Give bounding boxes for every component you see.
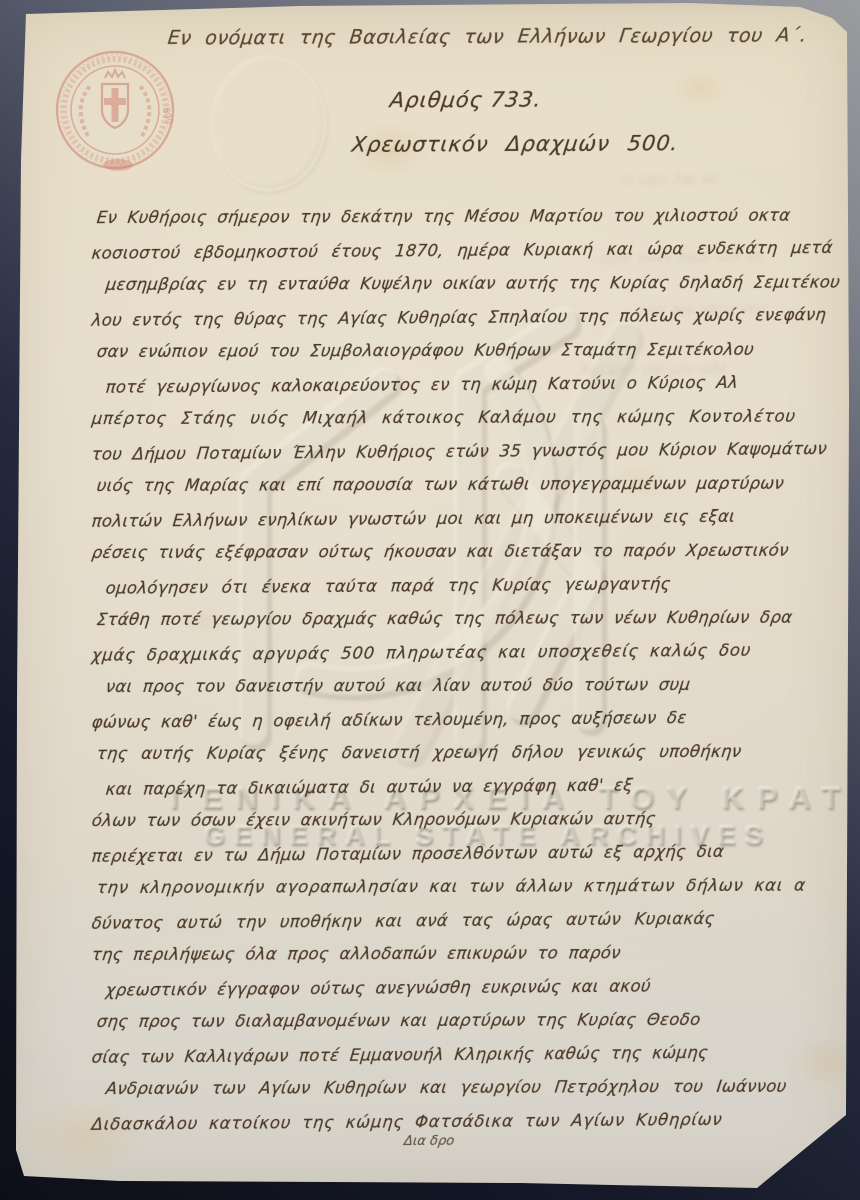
- handwriting-line: της αυτής Κυρίας ξένης δανειστή χρεωγή δ…: [95, 735, 854, 771]
- handwriting-line: την κληρονομικήν αγοραπωλησίαν και των ά…: [95, 869, 854, 905]
- document-subject: Χρεωστικόν Δραχμών 500.: [350, 131, 679, 156]
- handwriting-line: περιέχεται εν τω Δήμω Ποταμίων προσελθόν…: [90, 834, 854, 873]
- handwriting-line: του Δήμου Ποταμίων Έλλην Κυθήριος ετών 3…: [90, 432, 854, 471]
- handwriting-line: πολιτών Ελλήνων ενηλίκων γνωστών μοι και…: [90, 499, 854, 538]
- handwriting-line: φώνως καθ' έως η οφειλή αδίκων τελουμένη…: [90, 700, 854, 739]
- ink-bleedthrough: ιν ωμε λαι νυ: [620, 169, 719, 188]
- handwriting-line: κοσιοστού εβδομηκοστού έτους 1870, ημέρα…: [90, 231, 854, 270]
- catchword: Δια δρο: [403, 1134, 455, 1149]
- handwriting-line: λου εντός της θύρας της Αγίας Κυθηρίας Σ…: [90, 298, 854, 337]
- handwriting-line: δύνατος αυτώ την υποθήκην και ανά τας ώρ…: [90, 901, 854, 940]
- document-body: Εν Κυθήροις σήμερον την δεκάτην της Μέσο…: [92, 200, 852, 1138]
- handwriting-line: μεσημβρίας εν τη ενταύθα Κυψέλην οικίαν …: [104, 266, 854, 302]
- handwriting-line: ναι προς τον δανειστήν αυτού και λίαν αυ…: [104, 668, 854, 704]
- handwriting-line: υιός της Μαρίας και επί παρουσία των κάτ…: [95, 467, 854, 503]
- handwriting-line: Διδασκάλου κατοίκου της κώμης Φατσάδικα …: [90, 1102, 854, 1141]
- handwriting-line: Ανδριανών των Αγίων Κυθηρίων και γεωργίο…: [104, 1070, 854, 1106]
- handwriting-line: ρέσεις τινάς εξέφρασαν ούτως ήκουσαν και…: [90, 534, 854, 570]
- document-number: Αριθμός 733.: [389, 88, 544, 113]
- handwriting-line: Στάθη ποτέ γεωργίου δραχμάς καθώς της πό…: [95, 601, 854, 637]
- handwriting-line: της περιλήψεως όλα προς αλλοδαπών επικυρ…: [90, 936, 854, 972]
- handwriting-line: χρεωστικόν έγγραφον ούτως ανεγνώσθη ευκρ…: [104, 968, 854, 1007]
- document-page: ΓΕΝΙΚΑ ΑΡΧΕΙΑ ΤΟΥ ΚΡΑΤΟΥΣ GENERAL STATE …: [0, 0, 860, 1200]
- embossed-seal-icon: [210, 55, 326, 191]
- handwriting-line: όλων των όσων έχειν ακινήτων Κληρονόμων …: [90, 802, 854, 838]
- handwriting-line: σαν ενώπιον εμού του Συμβολαιογράφου Κυθ…: [95, 333, 854, 369]
- handwriting-line: χμάς δραχμικάς αργυράς 500 πληρωτέας και…: [90, 633, 854, 672]
- handwriting-line: Εν Κυθήροις σήμερον την δεκάτην της Μέσο…: [95, 199, 854, 235]
- handwriting-line: σης προς των διαλαμβανομένων και μαρτύρω…: [95, 1003, 854, 1039]
- header-invocation: Εν ονόματι της Βασιλείας των Ελλήνων Γεω…: [167, 25, 809, 50]
- handwriting-line: και παρέχη τα δικαιώματα δι αυτών να εγγ…: [104, 767, 854, 806]
- handwriting-line: ποτέ γεωργίωνος καλοκαιρεύοντος εν τη κώ…: [104, 365, 854, 404]
- handwriting-line: ομολόγησεν ότι ένεκα ταύτα παρά της Κυρί…: [104, 566, 854, 605]
- handwriting-line: μπέρτος Στάης υιός Μιχαήλ κάτοικος Καλάμ…: [90, 400, 854, 436]
- red-revenue-stamp-icon: 600: [50, 48, 180, 178]
- handwriting-line: σίας των Καλλιγάρων ποτέ Εμμανουήλ Κληρι…: [90, 1035, 854, 1074]
